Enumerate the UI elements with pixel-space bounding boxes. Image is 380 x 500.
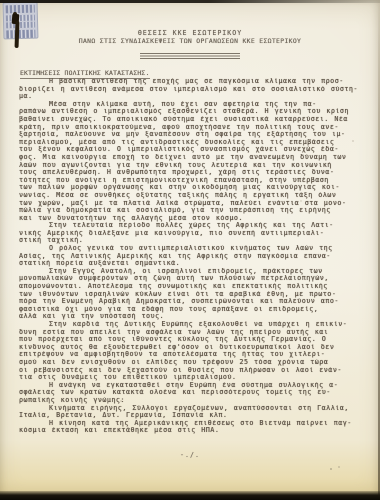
text-line: στική ταχτική. [19,237,368,245]
text-line: τότητες που ανοίγει η επιστημονικοτεχνικ… [19,177,368,185]
paper: ΘΕΣΕΙΣ ΚΚΕ ΕΣΩΤΕΡΙΚΟΥ ΠΑΝΩ ΣΤΙΣ ΣΥΝΔΙΑΣΚ… [0,0,380,500]
ink-mark [11,12,23,52]
paragraph: Η κίνηση κατά της Αμερικάνικης επιθέσεως… [19,420,368,435]
text-line: αλλά και για την υπόστασή τους. [19,313,368,321]
text-line: βαθαίνει συνεχώς. Το αποικιακό σύστημα έ… [19,116,368,124]
text-line: των χωρών, μαζί με τα πλατιά λαϊκά στρώμ… [19,200,368,208]
text-line: Η κίνηση κατά της Αμερικάνικης επιθέσεως… [19,420,368,428]
text-line: οι ρεβανσιστές και δεν ξεχαστούν οι θυσί… [19,367,368,375]
doc-title-line-2: ΠΑΝΩ ΣΤΙΣ ΣΥΝΔΙΑΣΚΕΨΕΙΣ ΤΩΝ ΟΡΓΑΝΩΣΕΩΝ Κ… [0,37,380,45]
document-body: Η βασική αντίθεση της εποχής μας σε παγκ… [19,78,368,435]
text-line: Η βασική αντίθεση της εποχής μας σε παγκ… [19,78,368,86]
text-line: Κινήματα ειρήνης, Σύλλογοι εργαζομένων, … [19,405,368,413]
text-line: Μέσα στην κλίμακα αυτή, που έχει σαν αφε… [19,101,368,109]
paragraph: Ο ρόλος γενικά του αντιιμπεριαλιστικού κ… [19,245,368,268]
text-line: των παλιών μορφών οργάνωσης και στην οικ… [19,184,368,192]
text-line: κράτη, πριν αποικιοκρατούμενα, αφού αποχ… [19,124,368,132]
text-line: σφάλειας των κρατών κατακτά ολοένα και π… [19,389,368,397]
paragraph: Η βασική αντίθεση της εποχής μας σε παγκ… [19,78,368,101]
text-line: που προέρχεται από τους ιθύνοντες κύκλου… [19,336,368,344]
text-line: σμού και δεν ενισχυθούν οι ελπίδες που τ… [19,359,368,367]
text-line: δυνη εστία που απειλεί την ασφάλεια των … [19,329,368,337]
text-line: και των δυνατοτήτων της αλλαγής μέσα στο… [19,215,368,223]
header-separator [140,53,240,59]
text-line: τους απελευθέρωση. Η ανθρωπότητα προχωρε… [19,169,368,177]
text-line: ραπάνω αντίθεση ο ιμπεριαλισμός εξασθενί… [19,108,368,116]
text-line: μονοπωλιακών συμφερόντων στη ζώνη αυτή τ… [19,275,368,283]
text-line: απομονώνονται. Αποτέλεσμα της συνωμοτική… [19,283,368,291]
ink-tail [14,21,18,48]
text-line: περιαλισμού, μέσα από τις αντιδραστικές … [19,139,368,147]
text-line: ξαρτησία, παλεύουνε να μην ξαναπέσουν στ… [19,131,368,139]
text-line: στατική πορεία αυξάνεται σημαντικά. [19,260,368,268]
text-line: του ξένου κεφαλαίου. Ο ιμπεριαλιστικός σ… [19,146,368,154]
paragraph: Μέσα στην κλίμακα αυτή, που έχει σαν αφε… [19,101,368,223]
text-line: μα. [19,93,368,101]
text-line: πόρα την Ενωμένη Αραβική Δημοκρατία, συσ… [19,298,368,306]
paragraph: Η ανάγκη να εγκατασταθεί στην Ευρώπη ένα… [19,382,368,405]
text-line: διορίζει η αντίθεση ανάμεσα στον ιμπερια… [19,86,368,94]
scan-edge-top [0,0,380,3]
text-line: επιτρέψουν να αμφισβητηθούν τα αποτελέσμ… [19,351,368,359]
text-line: Ιταλία, Βρετανία, Δυτ. Γερμανία, Ισπανία… [19,412,368,420]
scan-edge-bottom [0,491,380,500]
text-line: λαών που αγωνίζονται για την εθνική τους… [19,162,368,170]
text-line: Στην Εγγύς Ανατολή, οι ισραηλινοί επιδρο… [19,268,368,276]
paragraph: Στην καρδιά της Δυτικής Ευρώπης εξακολου… [19,321,368,382]
text-line: κόσμια έκταση και επεκτάθηκε μέσα στις Η… [19,427,368,435]
text-line: νικής Αμερικής διαλέξανε μια καινούργια,… [19,230,368,238]
text-line: Ο ρόλος γενικά του αντιιμπεριαλιστικού κ… [19,245,368,253]
scanned-document-page: { "colors": { "paper": "#f2eee0", "ink":… [0,0,380,500]
text-line: κίνδυνος αυτός θα εξουδετερωθεί εφ'όσον … [19,344,368,352]
text-line: τια στις δυνάμεις του επιθετικού ιμπερια… [19,374,368,382]
doc-title-line-1: ΘΕΣΕΙΣ ΚΚΕ ΕΣΩΤΕΡΙΚΟΥ [0,29,380,37]
text-line: Στην τελευταία περίοδο πολλές χώρες της … [19,222,368,230]
text-line: Ασίας, της Λατινικής Αμερικής και της Αφ… [19,253,368,261]
page-footer-mark: -./. [0,451,380,459]
text-line: νωνίας. Μέσα σε συνθήκες οξύτατης ταξική… [19,192,368,200]
text-line: Στην καρδιά της Δυτικής Ευρώπης εξακολου… [19,321,368,329]
paragraph: Στην τελευταία περίοδο πολλές χώρες της … [19,222,368,245]
text-line: ρωπαϊκής κοινής γνώμης: [19,397,368,405]
text-line: των ιθυνόντων ισραηλινών κύκλων είναι ότ… [19,291,368,299]
text-line: πώλια για δημοκρατία και σοσιαλισμό, για… [19,207,368,215]
text-line: φασιστικά όχι μόνο για τα εδάφη που τους… [19,306,368,314]
paragraph: Κινήματα ειρήνης, Σύλλογοι εργαζομένων, … [19,405,368,420]
document-header: ΘΕΣΕΙΣ ΚΚΕ ΕΣΩΤΕΡΙΚΟΥ ΠΑΝΩ ΣΤΙΣ ΣΥΝΔΙΑΣΚ… [0,29,380,59]
text-line: Η ανάγκη να εγκατασταθεί στην Ευρώπη ένα… [19,382,368,390]
paragraph: Στην Εγγύς Ανατολή, οι ισραηλινοί επιδρο… [19,268,368,321]
text-line: φος. Μια καινούργια εποχή το δείχνει αυτ… [19,154,368,162]
